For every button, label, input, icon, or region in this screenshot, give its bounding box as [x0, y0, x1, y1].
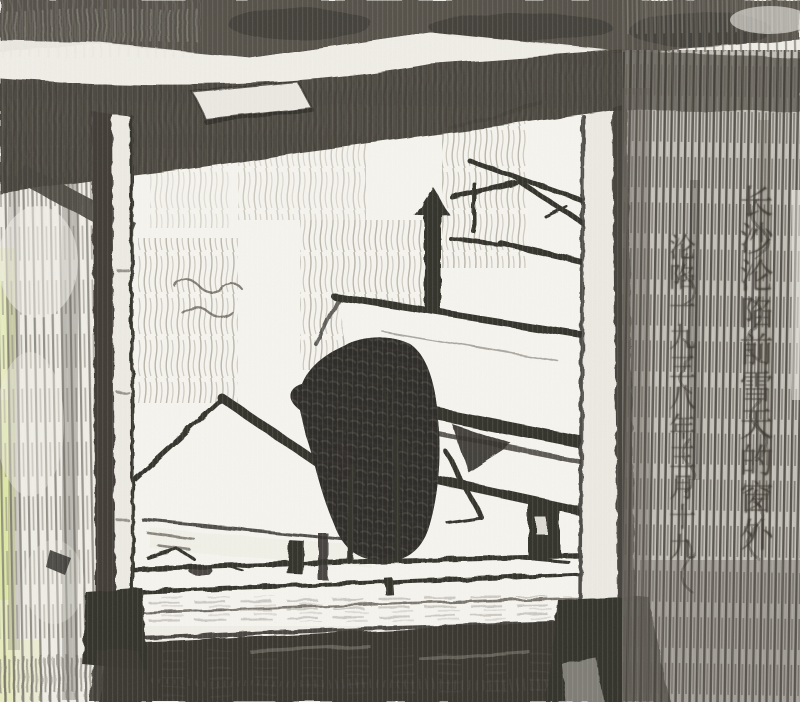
sketch-canvas: 长沙沦陷前雪天的窗外 沦陷一九三八年三月十九 — [0, 0, 800, 702]
inscription-column-right: 长沙沦陷前雪天的窗外 — [736, 184, 770, 684]
inscription-column-left: 沦陷一九三八年三月十九 — [666, 233, 693, 673]
